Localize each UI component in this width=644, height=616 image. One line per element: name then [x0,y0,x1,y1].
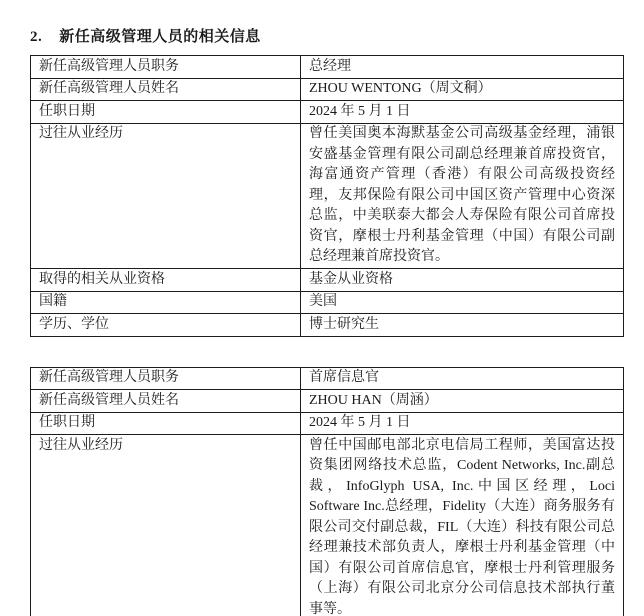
table-row: 过往从业经历 曾任美国奥本海默基金公司高级基金经理，浦银安盛基金管理有限公司副总… [31,123,624,269]
table-row: 国籍 美国 [31,291,624,314]
row-label: 新任高级管理人员职务 [31,367,301,390]
row-label: 学历、学位 [31,314,301,337]
section-heading: 2.新任高级管理人员的相关信息 [30,25,644,46]
table-row: 新任高级管理人员职务 总经理 [31,56,624,79]
row-value: 曾任美国奥本海默基金公司高级基金经理，浦银安盛基金管理有限公司副总经理兼首席投资… [301,123,624,269]
manager-info-table-2: 新任高级管理人员职务 首席信息官 新任高级管理人员姓名 ZHOU HAN（周涵）… [30,367,624,616]
row-label: 新任高级管理人员职务 [31,56,301,79]
manager-info-table-1: 新任高级管理人员职务 总经理 新任高级管理人员姓名 ZHOU WENTONG（周… [30,55,624,337]
row-value: 美国 [301,291,624,314]
row-value: ZHOU WENTONG（周文秱） [301,78,624,101]
row-label: 任职日期 [31,412,301,435]
row-value: 曾任中国邮电部北京电信局工程师，美国富达投资集团网络技术总监，Codent Ne… [301,435,624,616]
row-value: 首席信息官 [301,367,624,390]
table-row: 任职日期 2024 年 5 月 1 日 [31,412,624,435]
row-label: 任职日期 [31,101,301,124]
table-row: 任职日期 2024 年 5 月 1 日 [31,101,624,124]
row-value: 2024 年 5 月 1 日 [301,412,624,435]
table-row: 新任高级管理人员姓名 ZHOU HAN（周涵） [31,390,624,413]
row-value: 2024 年 5 月 1 日 [301,101,624,124]
table-row: 学历、学位 博士研究生 [31,314,624,337]
row-label: 新任高级管理人员姓名 [31,78,301,101]
row-label: 新任高级管理人员姓名 [31,390,301,413]
row-value: 基金从业资格 [301,269,624,292]
row-label: 取得的相关从业资格 [31,269,301,292]
row-label: 过往从业经历 [31,123,301,269]
table-row: 新任高级管理人员职务 首席信息官 [31,367,624,390]
row-value: 总经理 [301,56,624,79]
row-value: 博士研究生 [301,314,624,337]
table-row: 新任高级管理人员姓名 ZHOU WENTONG（周文秱） [31,78,624,101]
row-label: 过往从业经历 [31,435,301,616]
document-page: 2.新任高级管理人员的相关信息 新任高级管理人员职务 总经理 新任高级管理人员姓… [0,0,644,616]
row-value: ZHOU HAN（周涵） [301,390,624,413]
table-row: 取得的相关从业资格 基金从业资格 [31,269,624,292]
table-row: 过往从业经历 曾任中国邮电部北京电信局工程师，美国富达投资集团网络技术总监，Co… [31,435,624,616]
section-title: 新任高级管理人员的相关信息 [59,29,261,45]
section-number: 2. [30,29,42,46]
row-label: 国籍 [31,291,301,314]
